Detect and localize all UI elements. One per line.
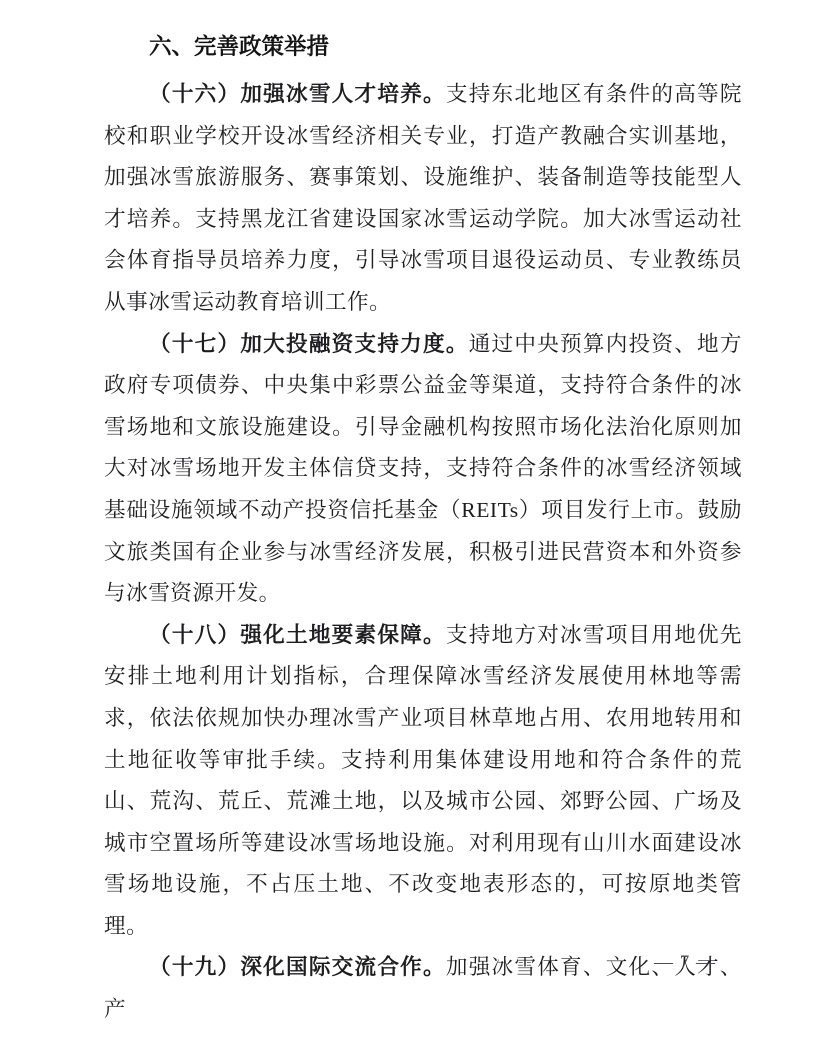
paragraph-18-text: 支持地方对冰雪项目用地优先安排土地利用计划指标，合理保障冰雪经济发展使用林地等需…	[104, 623, 742, 938]
paragraph-18-lead: （十八）强化土地要素保障。	[149, 623, 446, 647]
paragraph-17: （十七）加大投融资支持力度。通过中央预算内投资、地方政府专项债券、中央集中彩票公…	[104, 324, 742, 615]
page-number: — 7 —	[640, 950, 730, 976]
paragraph-19-lead: （十九）深化国际交流合作。	[149, 955, 446, 979]
section-heading: 六、完善政策举措	[104, 32, 742, 62]
paragraph-18: （十八）强化土地要素保障。支持地方对冰雪项目用地优先安排土地利用计划指标，合理保…	[104, 615, 742, 948]
document-body: 六、完善政策举措 （十六）加强冰雪人才培养。支持东北地区有条件的高等院校和职业学…	[104, 32, 742, 1031]
paragraph-16-lead: （十六）加强冰雪人才培养。	[149, 82, 446, 106]
paragraph-16-text: 支持东北地区有条件的高等院校和职业学校开设冰雪经济相关专业，打造产教融合实训基地…	[104, 82, 742, 314]
paragraph-17-text: 通过中央预算内投资、地方政府专项债券、中央集中彩票公益金等渠道，支持符合条件的冰…	[104, 332, 742, 606]
paragraph-17-lead: （十七）加大投融资支持力度。	[149, 332, 469, 356]
document-page: 六、完善政策举措 （十六）加强冰雪人才培养。支持东北地区有条件的高等院校和职业学…	[0, 0, 837, 1042]
paragraph-16: （十六）加强冰雪人才培养。支持东北地区有条件的高等院校和职业学校开设冰雪经济相关…	[104, 74, 742, 324]
